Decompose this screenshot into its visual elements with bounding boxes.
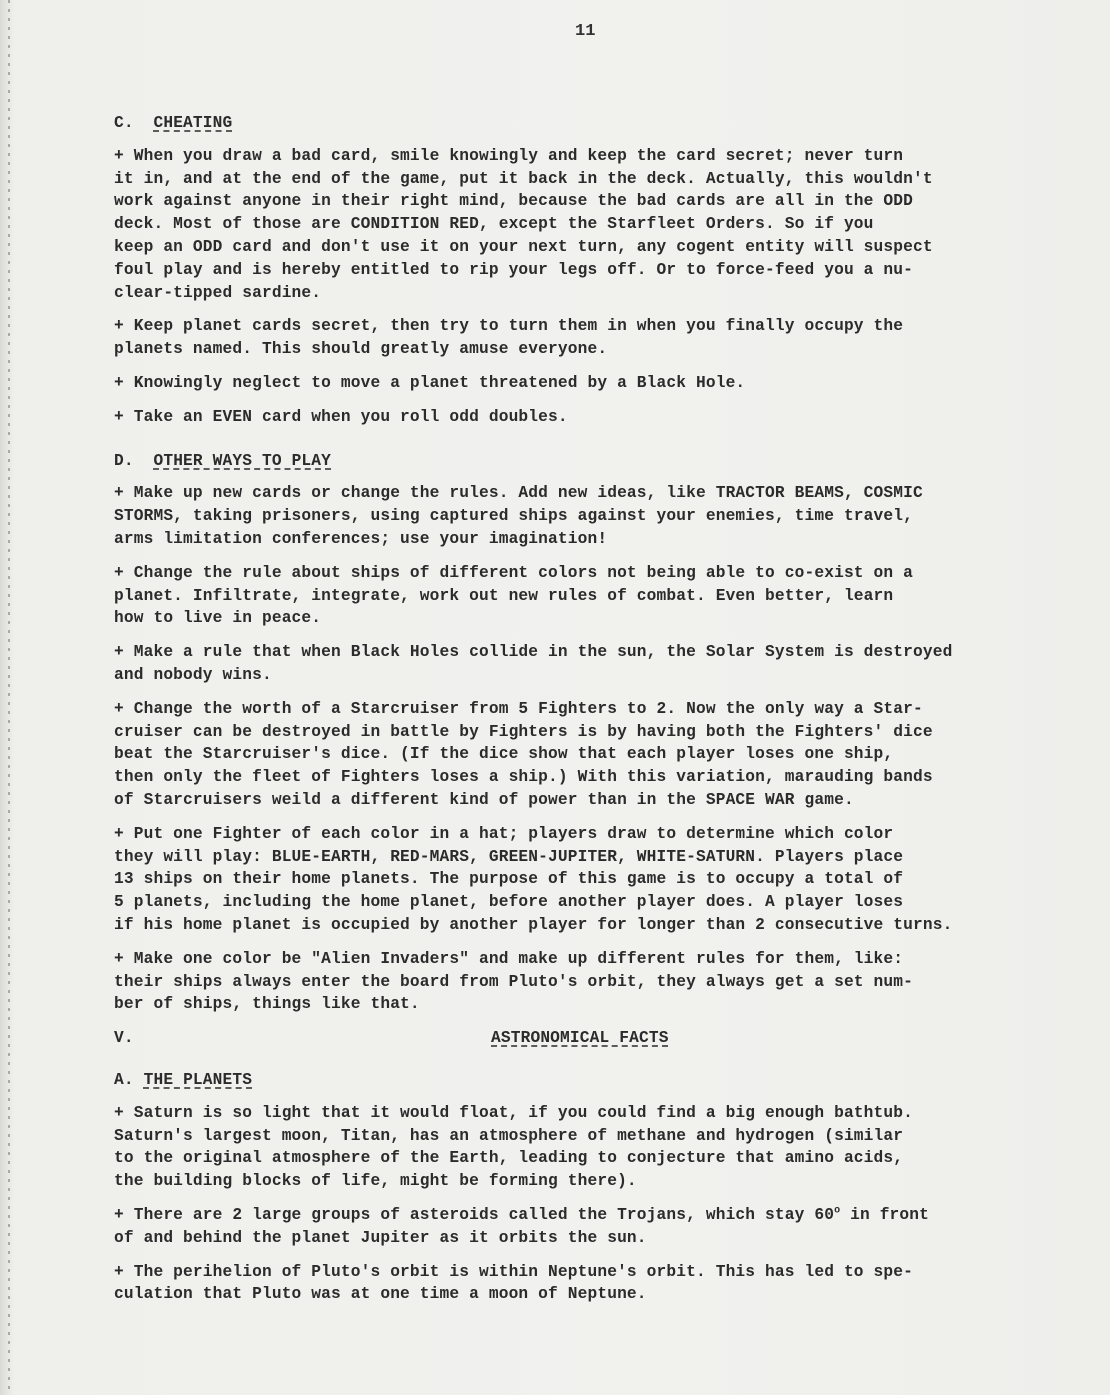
- section-heading-other-ways: D. OTHER WAYS TO PLAY: [114, 450, 1044, 473]
- section-heading-cheating: C. CHEATING: [114, 112, 1044, 135]
- section-letter: A.: [114, 1071, 134, 1089]
- other-ways-item: + Change the worth of a Starcruiser from…: [114, 698, 1044, 812]
- section-title: OTHER WAYS TO PLAY: [153, 452, 331, 470]
- other-ways-item: + Make one color be "Alien Invaders" and…: [114, 948, 1044, 1016]
- document-page: 11 C. CHEATING + When you draw a bad car…: [0, 0, 1110, 1395]
- section-title: THE PLANETS: [144, 1071, 253, 1089]
- section-title: CHEATING: [153, 114, 232, 132]
- page-number: 11: [575, 22, 595, 41]
- other-ways-item: + Put one Fighter of each color in a hat…: [114, 823, 1044, 937]
- trojans-text: of and behind the planet Jupiter as it o…: [114, 1229, 647, 1247]
- chapter-number: V.: [114, 1027, 134, 1050]
- other-ways-item: + Make a rule that when Black Holes coll…: [114, 641, 1044, 687]
- planets-item-trojans: + There are 2 large groups of asteroids …: [114, 1204, 1044, 1250]
- other-ways-item: + Change the rule about ships of differe…: [114, 562, 1044, 630]
- other-ways-item: + Make up new cards or change the rules.…: [114, 482, 1044, 550]
- planets-item: + The perihelion of Pluto's orbit is wit…: [114, 1261, 1044, 1307]
- cheating-item: + Take an EVEN card when you roll odd do…: [114, 406, 1044, 429]
- page-content: C. CHEATING + When you draw a bad card, …: [114, 112, 1044, 1317]
- planets-item: + Saturn is so light that it would float…: [114, 1102, 1044, 1193]
- chapter-heading-astronomical-facts: V. ASTRONOMICAL FACTS: [114, 1027, 1044, 1055]
- section-letter: C.: [114, 114, 134, 132]
- section-heading-planets: A. THE PLANETS: [114, 1069, 1044, 1092]
- trojans-text: in front: [840, 1206, 929, 1224]
- section-letter: D.: [114, 452, 134, 470]
- cheating-item: + When you draw a bad card, smile knowin…: [114, 145, 1044, 305]
- cheating-item: + Keep planet cards secret, then try to …: [114, 315, 1044, 361]
- cheating-item: + Knowingly neglect to move a planet thr…: [114, 372, 1044, 395]
- trojans-text: + There are 2 large groups of asteroids …: [114, 1206, 834, 1224]
- binding-edge: [8, 0, 10, 1395]
- chapter-title: ASTRONOMICAL FACTS: [491, 1027, 669, 1050]
